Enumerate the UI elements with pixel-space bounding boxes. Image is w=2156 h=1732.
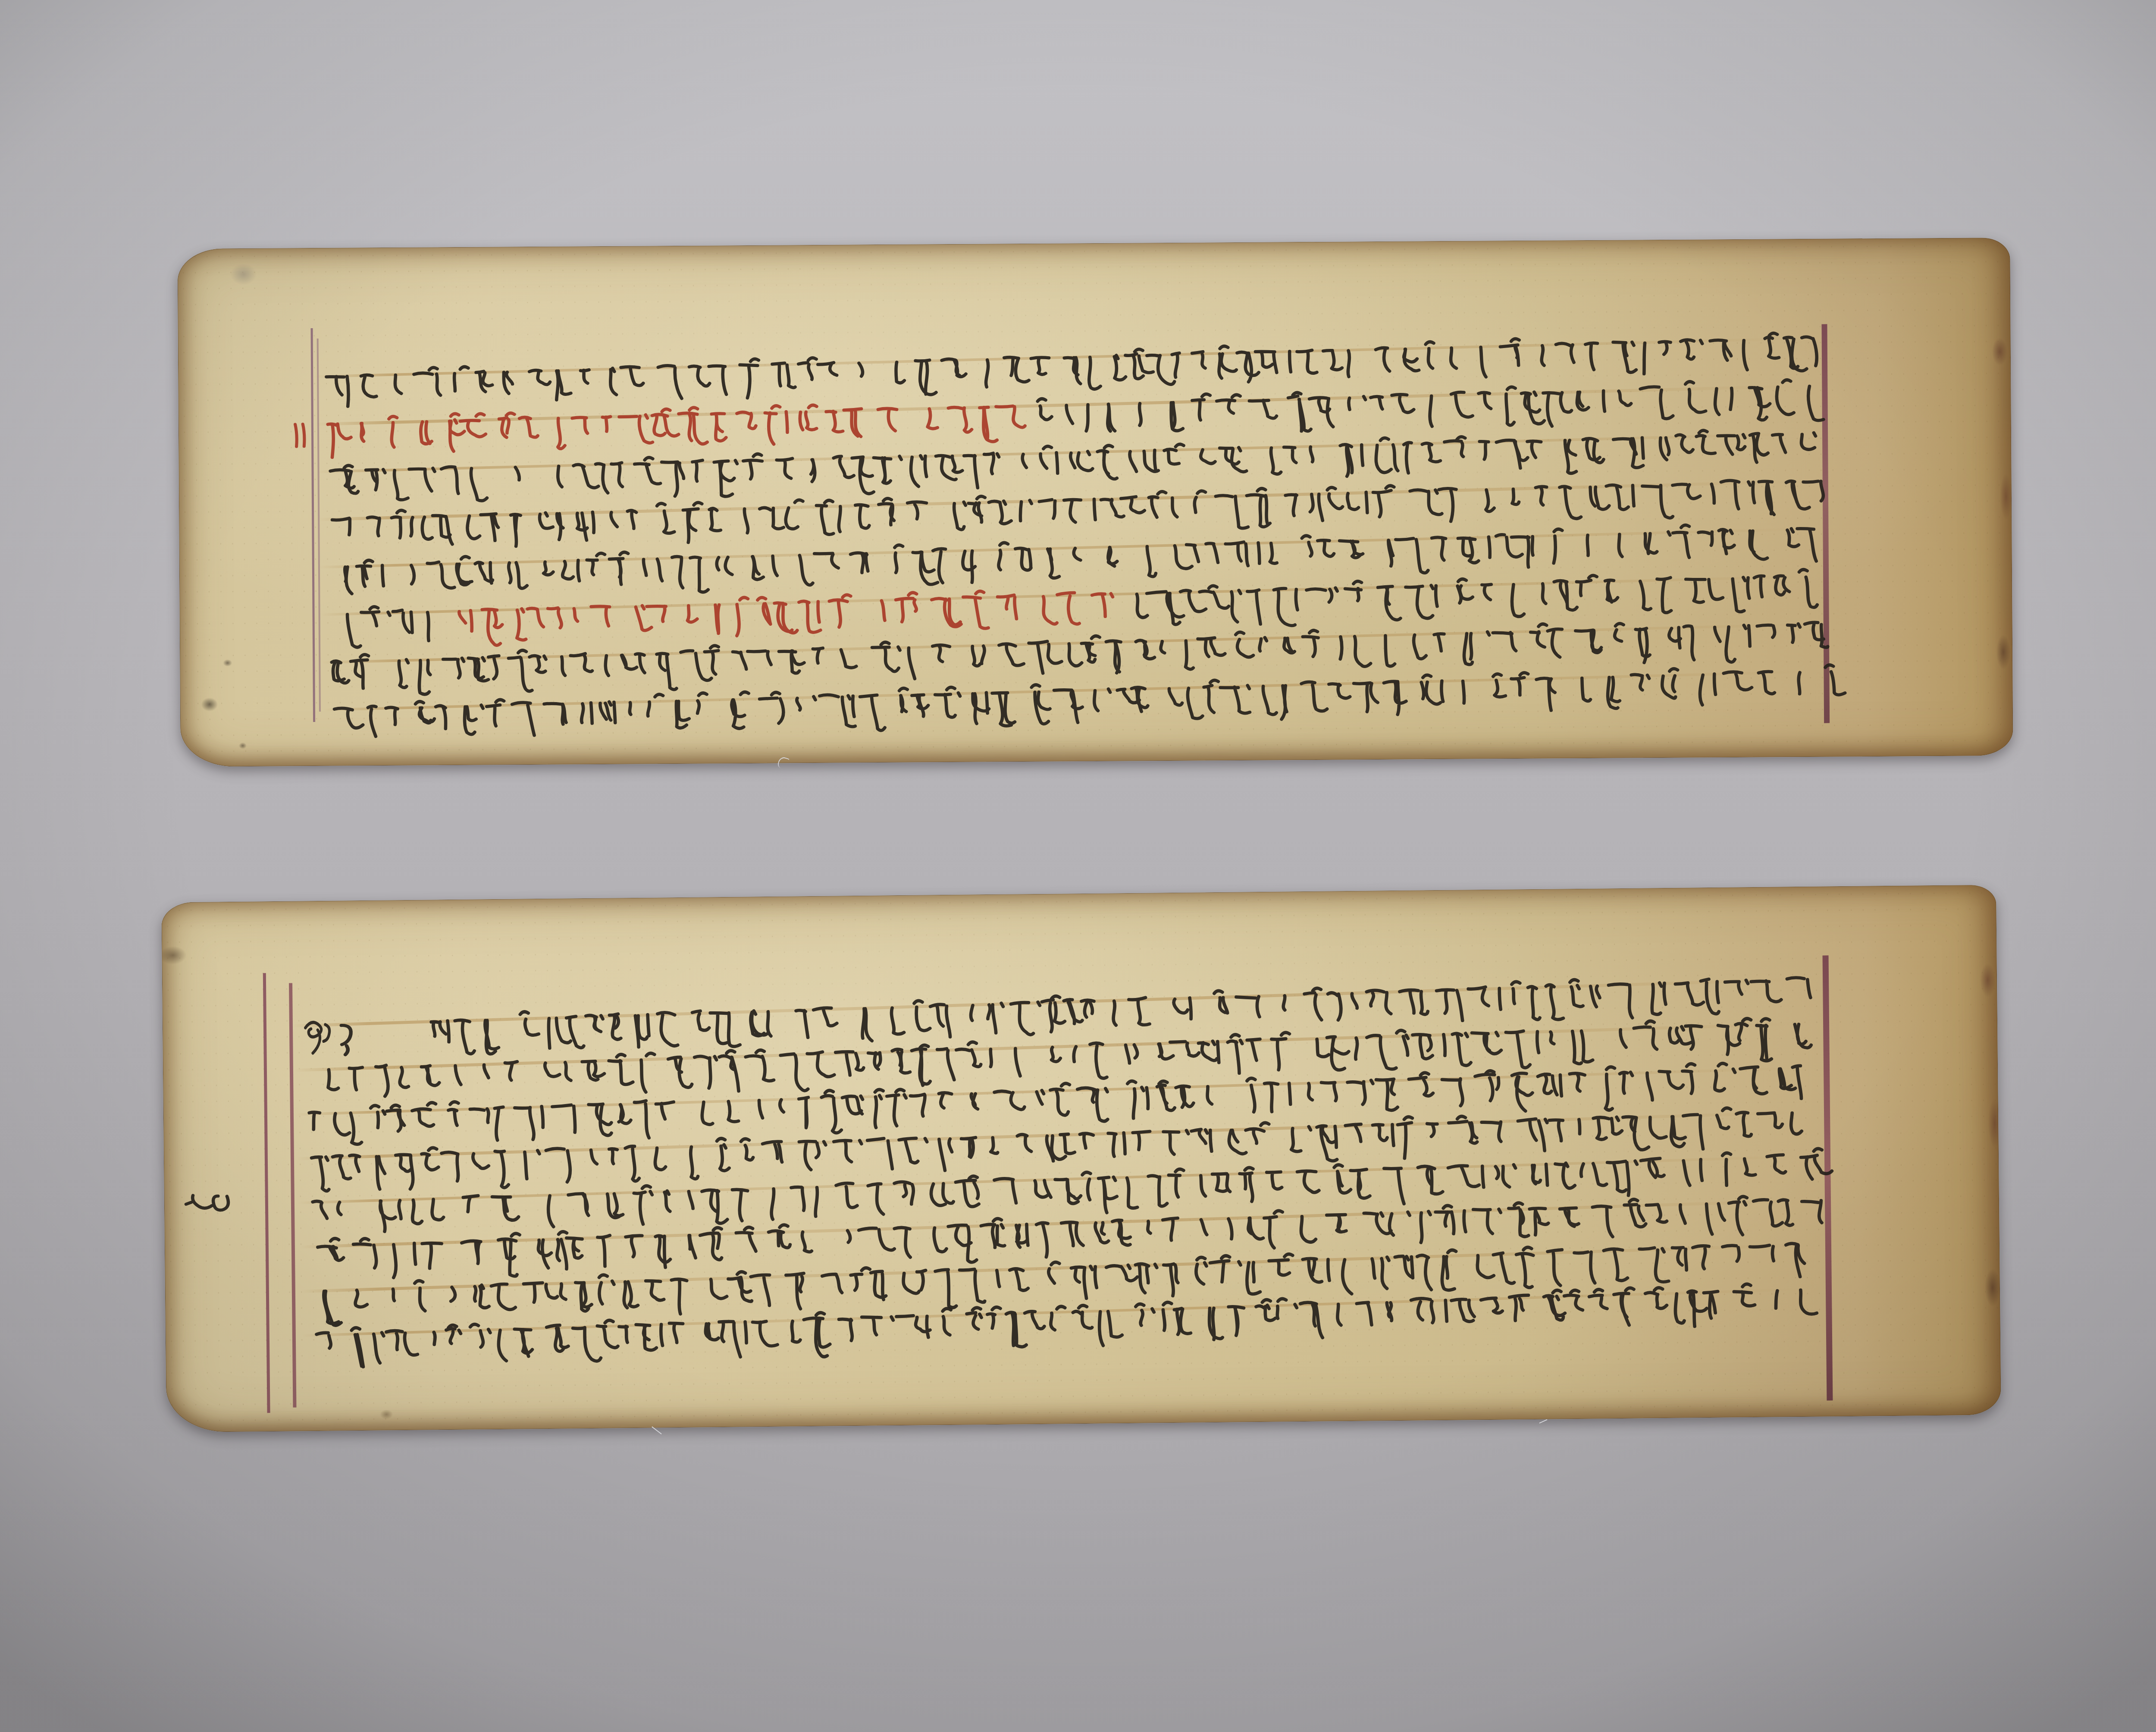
- lower-manuscript-folio: [161, 885, 2001, 1433]
- text-gap: [356, 1014, 421, 1060]
- folio-number-mark: [184, 1189, 235, 1217]
- script-text-block: [156, 866, 2006, 1452]
- red-double-shad-mark: [290, 418, 307, 457]
- upper-manuscript-folio: [177, 238, 2013, 767]
- yig-mgo-ornament: [298, 1017, 333, 1061]
- numeral-mark: [332, 1016, 357, 1060]
- studio-backdrop: [0, 0, 2156, 1732]
- paper-thread: [1539, 1419, 1547, 1424]
- black-script-text: [326, 604, 433, 649]
- script-text-block: [172, 220, 2018, 784]
